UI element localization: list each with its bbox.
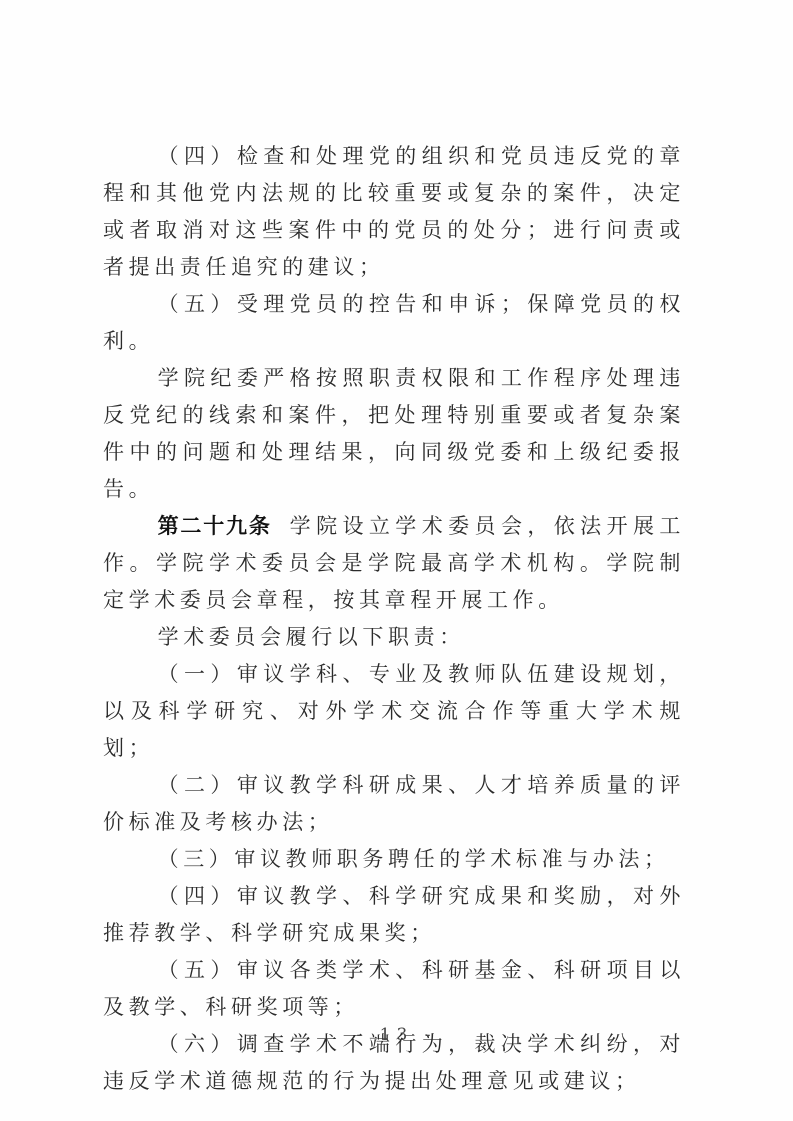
paragraph-article-29: 第二十九条学院设立学术委员会，依法开展工作。学院学术委员会是学院最高学术机构。学…	[103, 508, 685, 619]
body-text: （四）检查和处理党的组织和党员违反党的章程和其他党内法规的比较重要或复杂的案件，…	[103, 138, 685, 1100]
scan-speck	[466, 590, 468, 592]
paragraph-discipline-committee-report: 学院纪委严格按照职责权限和工作程序处理违反党纪的线索和案件，把处理特别重要或者复…	[103, 360, 685, 508]
paragraph-item-4-inspect-cases: （四）检查和处理党的组织和党员违反党的章程和其他党内法规的比较重要或复杂的案件，…	[103, 138, 685, 286]
paragraph-duty-1: （一）审议学科、专业及教师队伍建设规划，以及科学研究、对外学术交流合作等重大学术…	[103, 656, 685, 767]
paragraph-duty-4: （四）审议教学、科学研究成果和奖励，对外推荐教学、科学研究成果奖；	[103, 878, 685, 952]
article-number: 第二十九条	[158, 514, 272, 538]
paragraph-duty-2: （二）审议教学科研成果、人才培养质量的评价标准及考核办法；	[103, 767, 685, 841]
document-page: （四）检查和处理党的组织和党员违反党的章程和其他党内法规的比较重要或复杂的案件，…	[0, 0, 793, 1121]
paragraph-duty-5: （五）审议各类学术、科研基金、科研项目以及教学、科研奖项等；	[103, 952, 685, 1026]
paragraph-duties-intro: 学术委员会履行以下职责：	[103, 619, 685, 656]
paragraph-duty-3: （三）审议教师职务聘任的学术标准与办法；	[103, 841, 685, 878]
paragraph-item-5-complaints: （五）受理党员的控告和申诉；保障党员的权利。	[103, 286, 685, 360]
scan-speck	[660, 685, 662, 687]
page-number: - 13 -	[0, 1025, 793, 1045]
